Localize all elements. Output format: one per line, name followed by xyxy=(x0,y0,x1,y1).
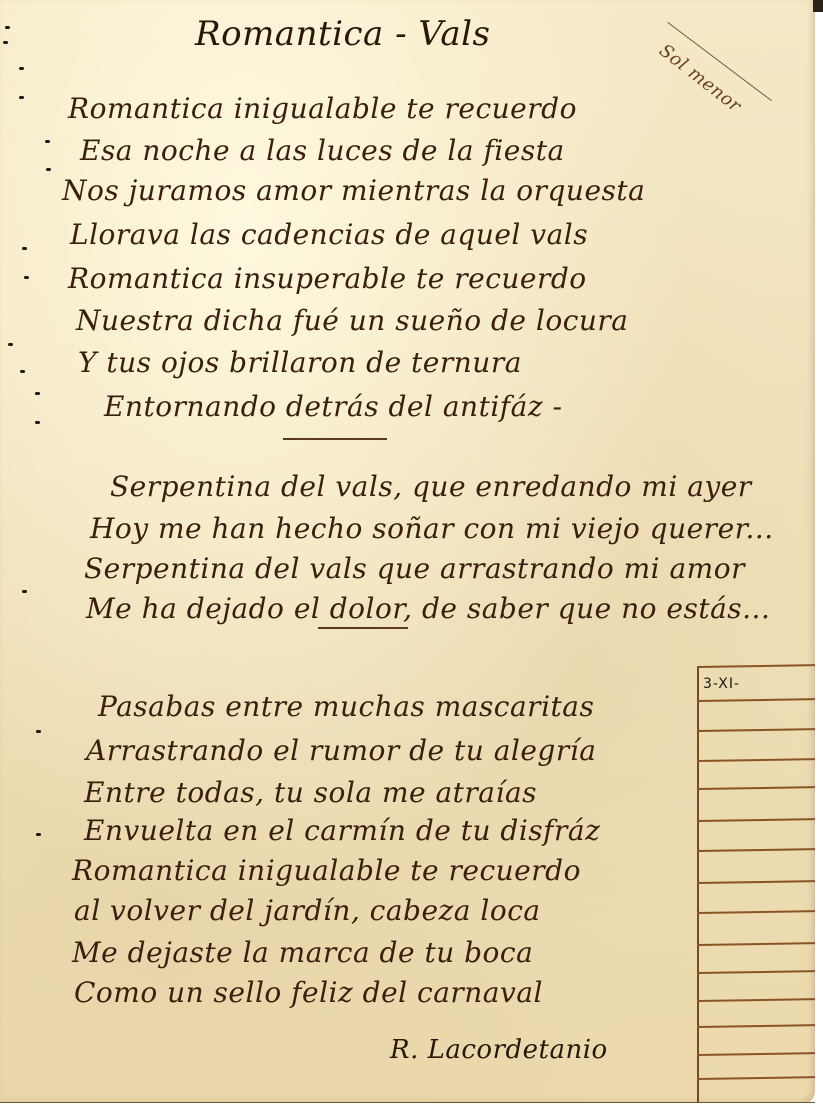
ledger-row-rule xyxy=(697,1076,815,1080)
stanza-divider xyxy=(318,627,408,629)
scan-background xyxy=(0,1103,823,1115)
punch-hole-mark xyxy=(8,343,13,346)
ledger-row-rule xyxy=(697,664,815,668)
ledger-row-rule xyxy=(697,698,815,702)
lyric-line: Me dejaste la marca de tu boca xyxy=(72,936,533,969)
ledger-row-rule xyxy=(697,880,815,884)
punch-hole-mark xyxy=(45,140,50,143)
ledger-row-rule xyxy=(697,1052,815,1056)
ledger-row-rule xyxy=(697,1024,815,1028)
punch-hole-mark xyxy=(3,41,8,44)
punch-hole-mark xyxy=(22,590,27,593)
lyric-line: Y tus ojos brillaron de ternura xyxy=(78,346,522,379)
lyric-line: Entornando detrás del antifáz - xyxy=(104,390,562,423)
lyric-line: al volver del jardín, cabeza loca xyxy=(74,894,541,927)
lyric-line: Llorava las cadencias de aquel vals xyxy=(70,218,588,251)
ledger-row-rule xyxy=(697,910,815,914)
lyric-line: Serpentina del vals, que enredando mi ay… xyxy=(110,470,752,503)
lyric-line: Nuestra dicha fué un sueño de locura xyxy=(76,304,629,337)
ledger-vertical-rule xyxy=(697,666,699,1106)
punch-hole-mark xyxy=(22,247,27,250)
lyric-line: Romantica insuperable te recuerdo xyxy=(68,262,587,295)
ledger-row-rule xyxy=(697,728,815,732)
paper-sheet: Romantica - Vals Sol menor Romantica ini… xyxy=(0,0,815,1105)
stanza-divider xyxy=(283,438,387,440)
punch-hole-mark xyxy=(5,26,10,29)
corner-annotation: Sol menor xyxy=(655,40,745,117)
ledger-row-rule xyxy=(697,970,815,974)
lyric-line: Esa noche a las luces de la fiesta xyxy=(80,134,565,167)
lyric-line: Hoy me han hecho soñar con mi viejo quer… xyxy=(90,512,774,545)
lyric-line: Pasabas entre muchas mascaritas xyxy=(98,690,594,723)
punch-hole-mark xyxy=(19,96,24,99)
lyric-line: Envuelta en el carmín de tu disfráz xyxy=(84,814,600,847)
lyric-line: Romantica inigualable te recuerdo xyxy=(72,854,581,887)
lyric-line: Serpentina del vals que arrastrando mi a… xyxy=(84,552,745,585)
punch-hole-mark xyxy=(36,730,41,733)
song-title: Romantica - Vals xyxy=(195,14,490,54)
author-signature: R. Lacordetanio xyxy=(390,1035,608,1065)
ledger-row-rule xyxy=(697,758,815,762)
punch-hole-mark xyxy=(24,276,29,279)
lyric-line: Nos juramos amor mientras la orquesta xyxy=(62,174,645,207)
ledger-row-rule xyxy=(697,786,815,790)
punch-hole-mark xyxy=(19,67,24,70)
ledger-row-rule xyxy=(697,942,815,946)
lyric-line: Arrastrando el rumor de tu alegría xyxy=(86,734,596,767)
lyric-line: Entre todas, tu sola me atraías xyxy=(84,776,537,809)
punch-hole-mark xyxy=(35,392,40,395)
lyric-line: Me ha dejado el dolor, de saber que no e… xyxy=(86,592,770,625)
ledger-date-label: 3-XI- xyxy=(703,676,740,692)
punch-hole-mark xyxy=(36,833,41,836)
punch-hole-mark xyxy=(46,168,51,171)
ledger-row-rule xyxy=(697,848,815,852)
ledger-row-rule xyxy=(697,998,815,1002)
ledger-grid: 3-XI- xyxy=(695,660,815,1100)
lyric-line: Como un sello feliz del carnaval xyxy=(74,976,543,1009)
ledger-row-rule xyxy=(697,818,815,822)
punch-hole-mark xyxy=(35,421,40,424)
lyric-line: Romantica inigualable te recuerdo xyxy=(68,92,577,125)
punch-hole-mark xyxy=(20,370,25,373)
scan-border xyxy=(813,0,823,12)
